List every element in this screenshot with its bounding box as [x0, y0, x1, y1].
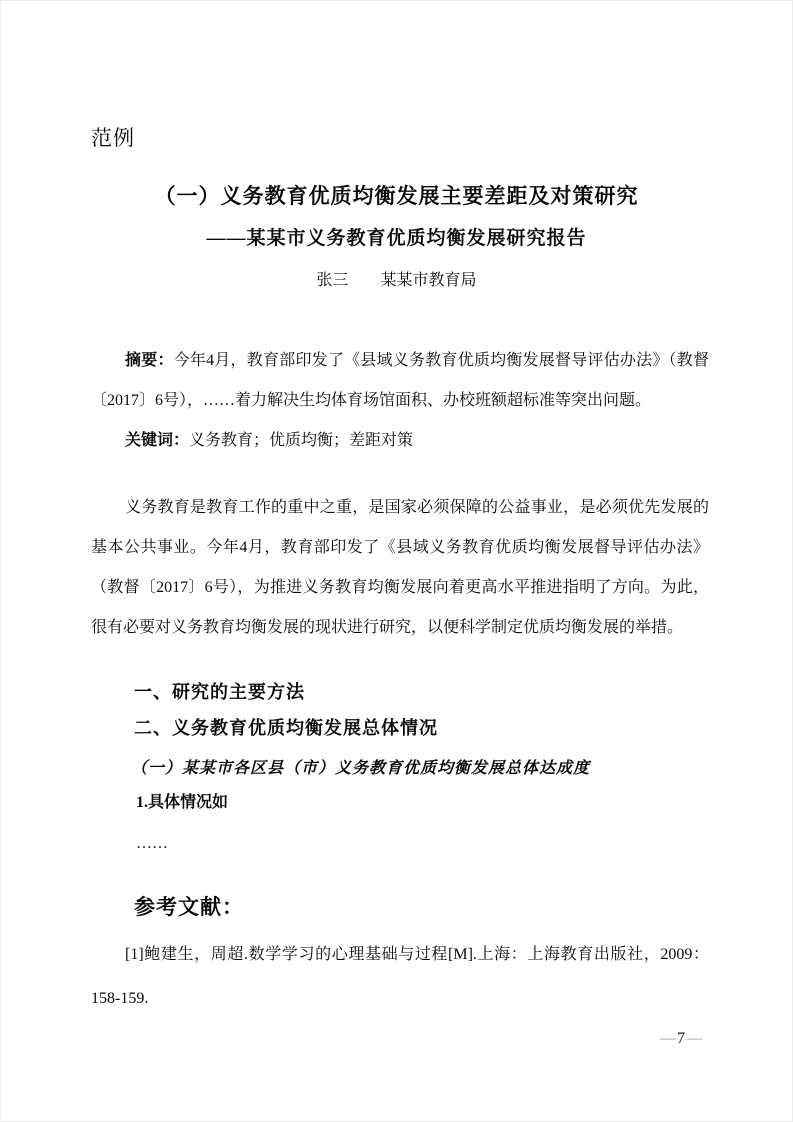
- document-page: 范例 （一）义务教育优质均衡发展主要差距及对策研究 ——某某市义务教育优质均衡发…: [0, 0, 793, 1122]
- reference-entry: [1]鲍建生，周超.数学学习的心理基础与过程[M].上海：上海教育出版社，200…: [91, 933, 709, 1021]
- numbered-subheading: 1.具体情况如: [136, 793, 228, 812]
- body-paragraph: 义务教育是教育工作的重中之重，是国家必须保障的公益事业，是必须优先发展的基本公共…: [91, 488, 709, 648]
- keywords-text: 义务教育；优质均衡；差距对策: [189, 432, 413, 449]
- sample-label: 范例: [91, 126, 135, 151]
- keywords-paragraph: 关键词：义务教育；优质均衡；差距对策: [91, 421, 709, 461]
- section-heading-1: 一、研究的主要方法: [134, 682, 305, 704]
- abstract-paragraph: 摘要：今年4月，教育部印发了《县域义务教育优质均衡发展督导评估办法》（教督〔20…: [91, 341, 709, 421]
- page-number-left-dash: —: [660, 1030, 676, 1047]
- keywords-label: 关键词：: [125, 432, 189, 449]
- ellipsis-placeholder: ……: [136, 834, 168, 853]
- page-number: —7—: [660, 1029, 702, 1048]
- article-title: （一）义务教育优质均衡发展主要差距及对策研究: [1, 184, 792, 209]
- page-number-right-dash: —: [686, 1030, 702, 1047]
- author-line: 张三 某某市教育局: [1, 271, 792, 290]
- references-list: [1]鲍建生，周超.数学学习的心理基础与过程[M].上海：上海教育出版社，200…: [91, 933, 709, 1021]
- abstract-section: 摘要：今年4月，教育部印发了《县域义务教育优质均衡发展督导评估办法》（教督〔20…: [91, 341, 709, 461]
- article-subtitle: ——某某市义务教育优质均衡发展研究报告: [1, 228, 792, 251]
- section-heading-2: 二、义务教育优质均衡发展总体情况: [134, 718, 438, 740]
- references-heading: 参考文献：: [134, 895, 244, 920]
- subsection-heading: （一）某某市各区县（市）义务教育优质均衡发展总体达成度: [131, 759, 590, 778]
- abstract-label: 摘要：: [125, 352, 174, 369]
- page-number-value: 7: [676, 1030, 686, 1047]
- abstract-text: 今年4月，教育部印发了《县域义务教育优质均衡发展督导评估办法》（教督〔2017〕…: [91, 352, 709, 409]
